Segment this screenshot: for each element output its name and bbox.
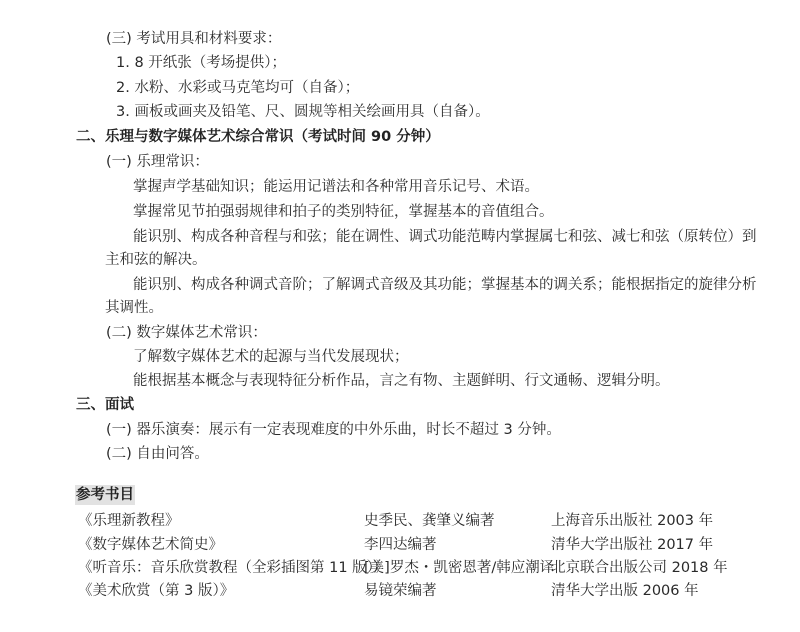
digital-media-line-1: 了解数字媒体艺术的起源与当代发展现状； (133, 347, 409, 367)
reference-publisher: 上海音乐出版社 2003 年 (551, 510, 713, 532)
reference-title: 《听音乐：音乐欣赏教程（全彩插图第 11 版）》 (78, 557, 388, 579)
reference-row: 《听音乐：音乐欣赏教程（全彩插图第 11 版）》 [美]罗杰・凯密恩著/韩应潮译… (78, 557, 778, 579)
reference-row: 《美术欣赏（第 3 版）》 易镜荣编著 清华大学出版 2006 年 (78, 580, 778, 602)
digital-media-heading: (二) 数字媒体艺术常识： (106, 323, 267, 343)
part-two-heading: 二、乐理与数字媒体艺术综合常识（考试时间 90 分钟） (76, 127, 440, 147)
music-theory-line-3: 能识别、构成各种音程与和弦；能在调性、调式功能范畴内掌握属七和弦、减七和弦（原转… (133, 227, 757, 247)
interview-item-2: (二) 自由问答。 (106, 444, 209, 464)
reference-title: 《乐理新教程》 (78, 510, 180, 532)
music-theory-line-4: 主和弦的解决。 (105, 250, 207, 270)
music-theory-line-6: 其调性。 (105, 298, 163, 318)
digital-media-line-2: 能根据基本概念与表现特征分析作品，言之有物、主题鲜明、行文通畅、逻辑分明。 (133, 371, 670, 391)
reference-publisher: 清华大学出版社 2017 年 (551, 534, 713, 556)
reference-row: 《乐理新教程》 史季民、龚肇义编著 上海音乐出版社 2003 年 (78, 510, 778, 532)
music-theory-heading: (一) 乐理常识： (106, 152, 209, 172)
music-theory-line-2: 掌握常见节拍强弱规律和拍子的类别特征，掌握基本的音值组合。 (133, 202, 554, 222)
music-theory-line-5: 能识别、构成各种调式音阶；了解调式音级及其功能；掌握基本的调关系；能根据指定的旋… (133, 275, 757, 295)
reference-publisher: 北京联合出版公司 2018 年 (551, 557, 728, 579)
references-heading: 参考书目 (75, 485, 135, 505)
materials-item-3: 3. 画板或画夹及铅笔、尺、圆规等相关绘画用具（自备）。 (116, 102, 490, 122)
part-three-heading: 三、面试 (76, 395, 134, 415)
reference-author: 易镜荣编著 (364, 580, 437, 602)
reference-title: 《数字媒体艺术简史》 (78, 534, 223, 556)
reference-author: 史季民、龚肇义编著 (364, 510, 495, 532)
reference-author: [美]罗杰・凯密恩著/韩应潮译 (364, 557, 554, 579)
reference-publisher: 清华大学出版 2006 年 (551, 580, 699, 602)
reference-author: 李四达编著 (364, 534, 437, 556)
materials-item-2: 2. 水粉、水彩或马克笔均可（自备）； (116, 78, 359, 98)
music-theory-line-1: 掌握声学基础知识；能运用记谱法和各种常用音乐记号、术语。 (133, 177, 539, 197)
materials-item-1: 1. 8 开纸张（考场提供）； (116, 53, 286, 73)
reference-row: 《数字媒体艺术简史》 李四达编著 清华大学出版社 2017 年 (78, 534, 778, 556)
reference-title: 《美术欣赏（第 3 版）》 (78, 580, 234, 602)
materials-heading: (三) 考试用具和材料要求： (106, 29, 281, 49)
interview-item-1: (一) 器乐演奏：展示有一定表现难度的中外乐曲，时长不超过 3 分钟。 (106, 420, 561, 440)
